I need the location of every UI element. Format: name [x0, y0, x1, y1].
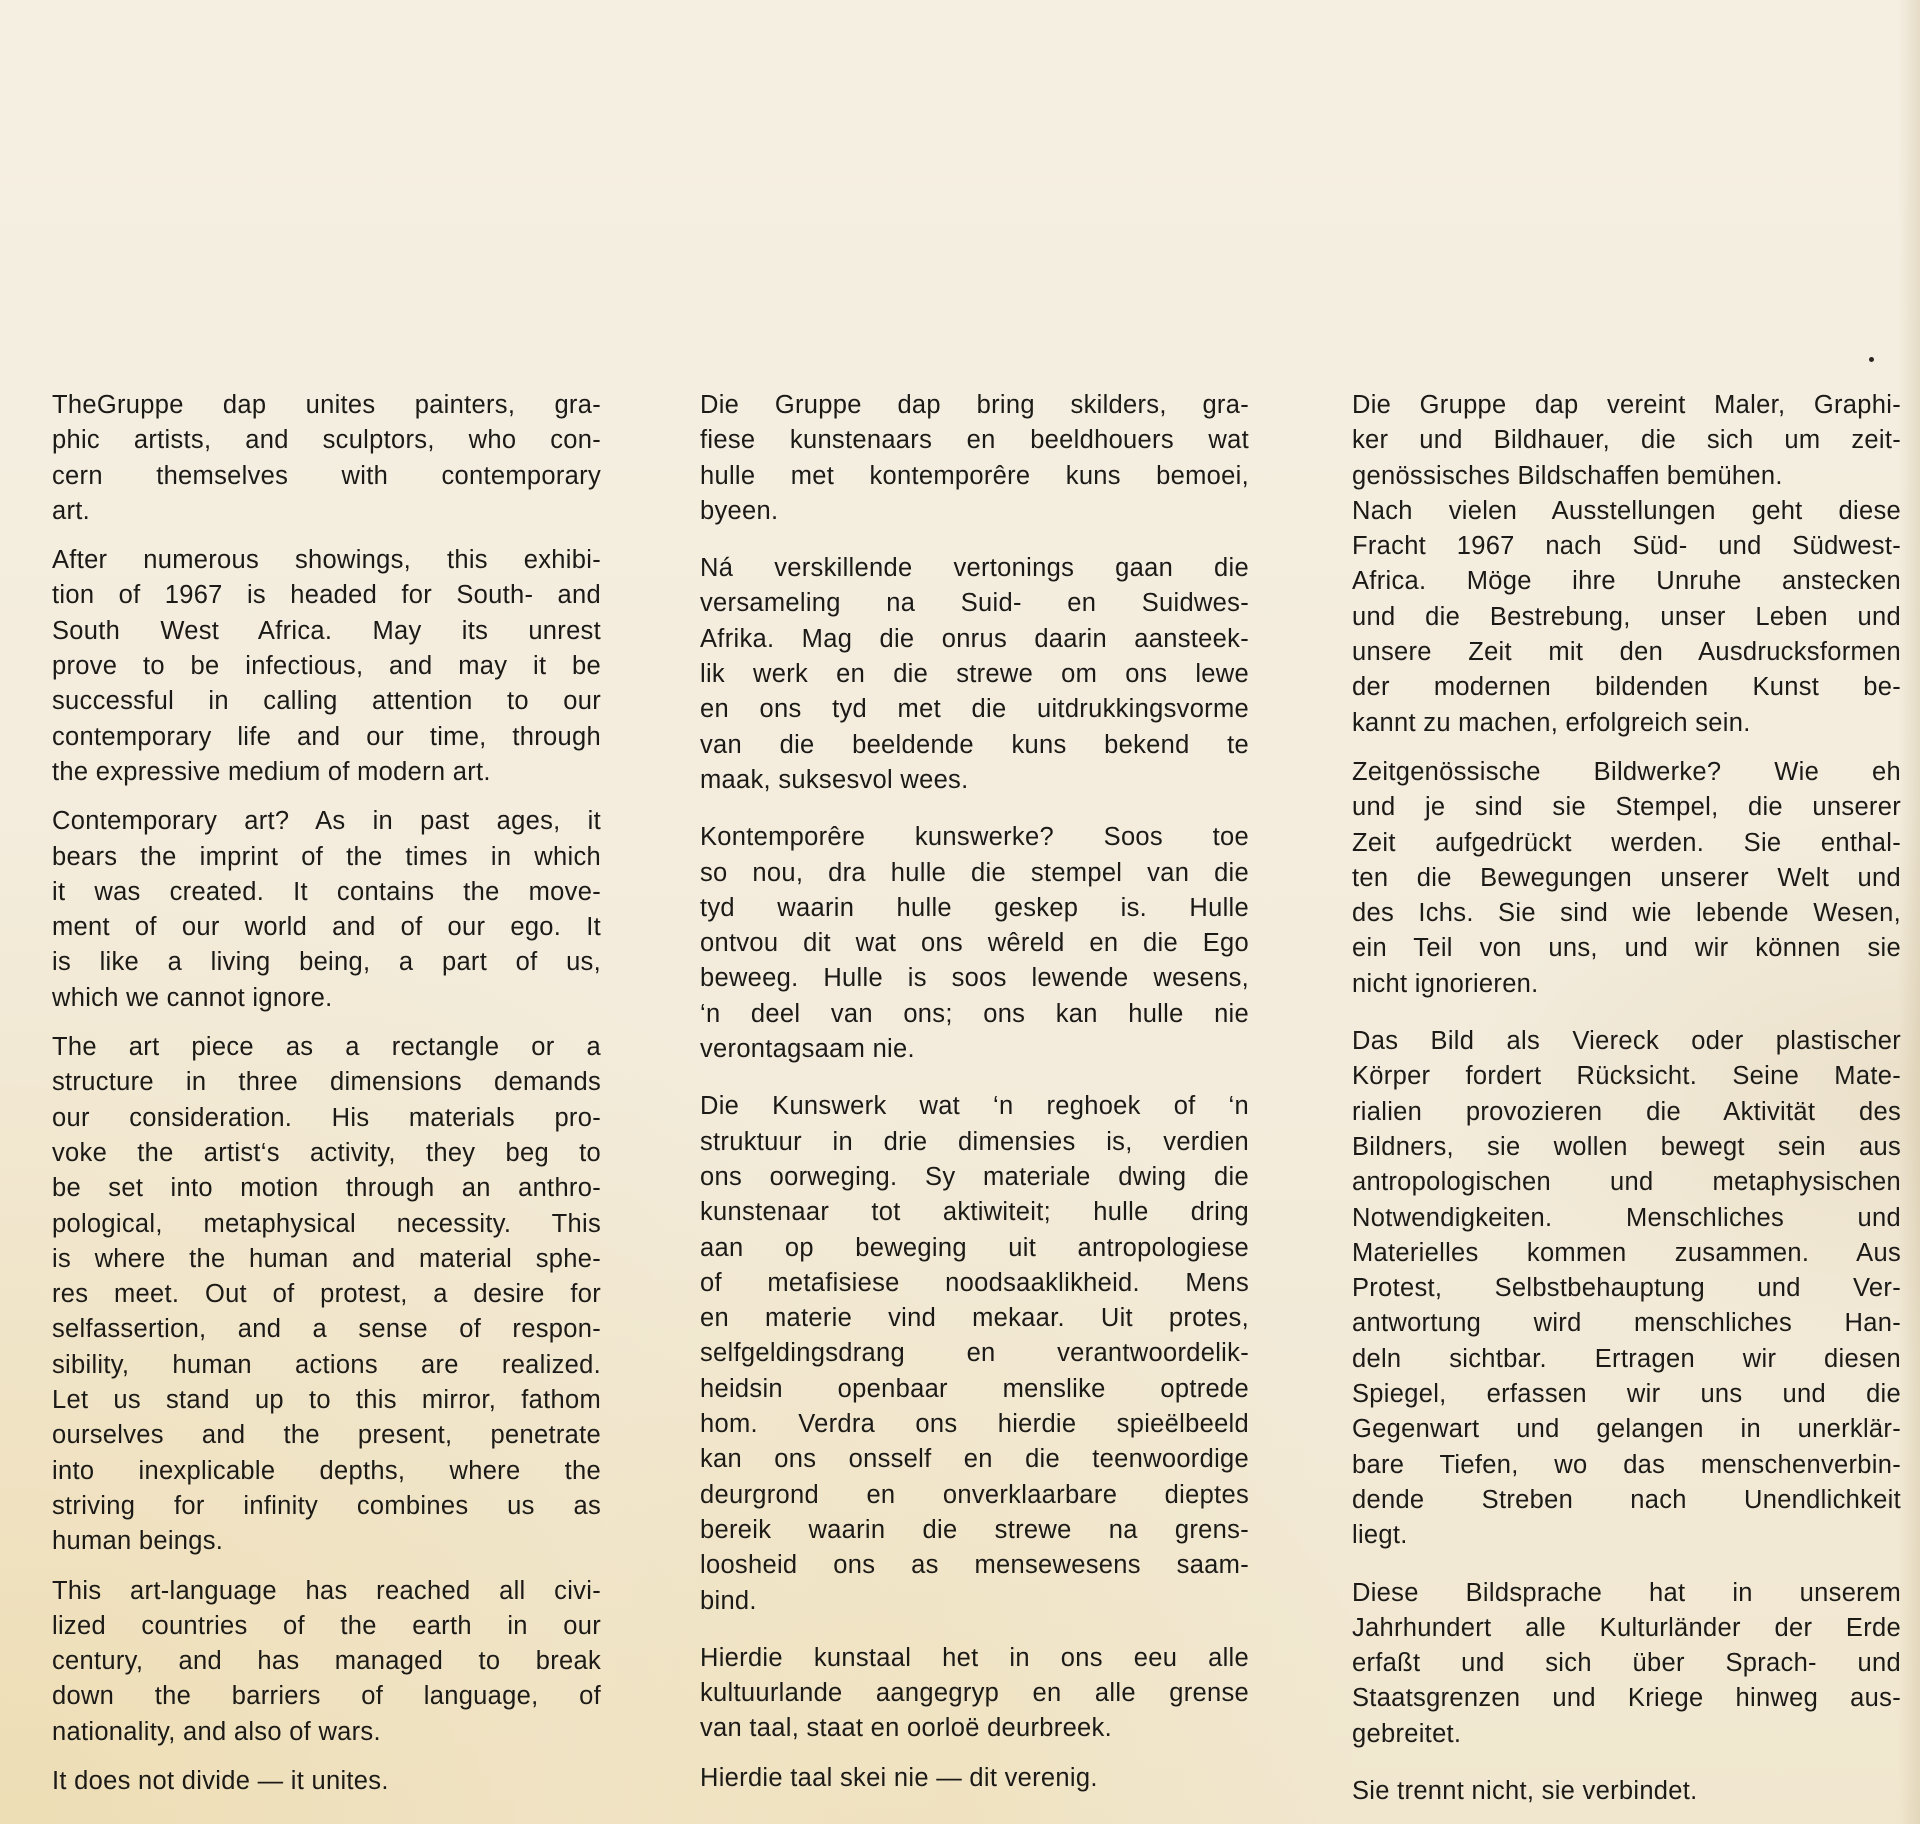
text-line: century, and has managed to break [52, 1644, 601, 1679]
text-line: Afrika. Mag die onrus daarin aansteek- [700, 622, 1249, 657]
text-line: Materielles kommen zusammen. Aus [1352, 1236, 1901, 1271]
text-line: It does not divide — it unites. [52, 1764, 601, 1799]
text-line: prove to be infectious, and may it be [52, 649, 601, 684]
text-line: Fracht 1967 nach Süd- und Südwest- [1352, 529, 1901, 564]
text-line: is like a living being, a part of us, [52, 945, 601, 980]
text-line: successful in calling attention to our [52, 684, 601, 719]
german-paragraph: Zeitgenössische Bildwerke? Wie ehund je … [1352, 755, 1901, 1002]
text-line: ontvou dit wat ons wêreld en die Ego [700, 926, 1249, 961]
text-line: tion of 1967 is headed for South- and [52, 578, 601, 613]
text-line: into inexplicable depths, where the [52, 1454, 601, 1489]
text-line: kannt zu machen, erfolgreich sein. [1352, 706, 1901, 741]
text-line: art. [52, 494, 601, 529]
text-line: und die Bestrebung, unser Leben und [1352, 600, 1901, 635]
text-line: versameling na Suid- en Suidwes- [700, 586, 1249, 621]
text-line: liegt. [1352, 1518, 1901, 1553]
text-line: Spiegel, erfassen wir uns und die [1352, 1377, 1901, 1412]
text-line: Zeit aufgedrückt werden. Sie enthal- [1352, 826, 1901, 861]
text-line: human beings. [52, 1524, 601, 1559]
english-paragraph: This art-language has reached all civi-l… [52, 1574, 601, 1750]
text-line: unsere Zeit mit den Ausdrucksformen [1352, 635, 1901, 670]
text-line: Gegenwart und gelangen in unerklär- [1352, 1412, 1901, 1447]
text-line: struktuur in drie dimensies is, verdien [700, 1125, 1249, 1160]
text-line: Protest, Selbstbehauptung und Ver- [1352, 1271, 1901, 1306]
text-line: en ons tyd met die uitdrukkingsvorme [700, 692, 1249, 727]
text-line: kultuurlande aangegryp en alle grense [700, 1676, 1249, 1711]
text-line: des Ichs. Sie sind wie lebende Wesen, [1352, 896, 1901, 931]
german-paragraph: Das Bild als Viereck oder plastischerKör… [1352, 1024, 1901, 1553]
afrikaans-column: Die Gruppe dap bring skilders, gra-fiese… [700, 388, 1249, 1810]
afrikaans-paragraph: Die Gruppe dap bring skilders, gra-fiese… [700, 388, 1249, 529]
text-line: verontagsaam nie. [700, 1032, 1249, 1067]
text-line: which we cannot ignore. [52, 981, 601, 1016]
text-line: This art-language has reached all civi- [52, 1574, 601, 1609]
english-paragraph: After numerous showings, this exhibi-tio… [52, 543, 601, 790]
text-line: rialien provozieren die Aktivität des [1352, 1095, 1901, 1130]
text-line: Die Gruppe dap bring skilders, gra- [700, 388, 1249, 423]
text-line: Africa. Möge ihre Unruhe anstecken [1352, 564, 1901, 599]
text-line: genössisches Bildschaffen bemühen. [1352, 459, 1901, 494]
text-line: nicht ignorieren. [1352, 967, 1901, 1002]
text-line: Let us stand up to this mirror, fathom [52, 1383, 601, 1418]
german-paragraph: Diese Bildsprache hat in unseremJahrhund… [1352, 1576, 1901, 1752]
text-line: hom. Verdra ons hierdie spieëlbeeld [700, 1407, 1249, 1442]
text-line: ‘n deel van ons; ons kan hulle nie [700, 997, 1249, 1032]
text-line: phic artists, and sculptors, who con- [52, 423, 601, 458]
english-paragraph: The art piece as a rectangle or astructu… [52, 1030, 601, 1559]
document-page: TheGruppe dap unites painters, gra-phic … [0, 0, 1920, 1824]
text-line: striving for infinity combines us as [52, 1489, 601, 1524]
text-line: hulle met kontemporêre kuns bemoei, [700, 459, 1249, 494]
text-line: fiese kunstenaars en beeldhouers wat [700, 423, 1249, 458]
text-line: Nach vielen Ausstellungen geht diese [1352, 494, 1901, 529]
text-line: selfassertion, and a sense of respon- [52, 1312, 601, 1347]
text-line: selfgeldingsdrang en verantwoordelik- [700, 1336, 1249, 1371]
text-line: kunstenaar tot aktiwiteit; hulle dring [700, 1195, 1249, 1230]
text-line: Die Kunswerk wat ‘n reghoek of ‘n [700, 1089, 1249, 1124]
german-column: Die Gruppe dap vereint Maler, Graphi-ker… [1352, 388, 1901, 1823]
text-line: lik werk en die strewe om ons lewe [700, 657, 1249, 692]
english-paragraph: TheGruppe dap unites painters, gra-phic … [52, 388, 601, 529]
text-line: van die beeldende kuns bekend te [700, 728, 1249, 763]
text-line: loosheid ons as mensewesens saam- [700, 1548, 1249, 1583]
text-line: Hierdie kunstaal het in ons eeu alle [700, 1641, 1249, 1676]
german-paragraph: Die Gruppe dap vereint Maler, Graphi-ker… [1352, 388, 1901, 494]
text-line: be set into motion through an anthro- [52, 1171, 601, 1206]
text-line: Körper fordert Rücksicht. Seine Mate- [1352, 1059, 1901, 1094]
text-line: bind. [700, 1584, 1249, 1619]
english-paragraph: It does not divide — it unites. [52, 1764, 601, 1799]
text-line: Die Gruppe dap vereint Maler, Graphi- [1352, 388, 1901, 423]
afrikaans-paragraph: Kontemporêre kunswerke? Soos toeso nou, … [700, 820, 1249, 1067]
german-paragraph: Nach vielen Ausstellungen geht dieseFrac… [1352, 494, 1901, 741]
text-line: ourselves and the present, penetrate [52, 1418, 601, 1453]
text-line: und je sind sie Stempel, die unserer [1352, 790, 1901, 825]
text-line: Kontemporêre kunswerke? Soos toe [700, 820, 1249, 855]
text-line: bears the imprint of the times in which [52, 840, 601, 875]
text-line: ein Teil von uns, und wir können sie [1352, 931, 1901, 966]
text-line: dende Streben nach Unendlichkeit [1352, 1483, 1901, 1518]
text-line: Bildners, sie wollen bewegt sein aus [1352, 1130, 1901, 1165]
afrikaans-paragraph: Die Kunswerk wat ‘n reghoek of ‘nstruktu… [700, 1089, 1249, 1618]
text-line: kan ons onsself en die teenwoordige [700, 1442, 1249, 1477]
print-speck [1869, 357, 1874, 362]
text-line: en materie vind mekaar. Uit protes, [700, 1301, 1249, 1336]
text-line: heidsin openbaar menslike optrede [700, 1372, 1249, 1407]
afrikaans-paragraph: Ná verskillende vertonings gaan dieversa… [700, 551, 1249, 798]
text-line: it was created. It contains the move- [52, 875, 601, 910]
text-line: nationality, and also of wars. [52, 1715, 601, 1750]
text-line: aan op beweging uit antropologiese [700, 1231, 1249, 1266]
text-line: our consideration. His materials pro- [52, 1101, 601, 1136]
text-line: res meet. Out of protest, a desire for [52, 1277, 601, 1312]
text-line: Notwendigkeiten. Menschliches und [1352, 1201, 1901, 1236]
text-line: Jahrhundert alle Kulturländer der Erde [1352, 1611, 1901, 1646]
text-line: voke the artist‘s activity, they beg to [52, 1136, 601, 1171]
text-line: ker und Bildhauer, die sich um zeit- [1352, 423, 1901, 458]
text-line: contemporary life and our time, through [52, 720, 601, 755]
text-line: South West Africa. May its unrest [52, 614, 601, 649]
text-line: Diese Bildsprache hat in unserem [1352, 1576, 1901, 1611]
text-line: deurgrond en onverklaarbare dieptes [700, 1478, 1249, 1513]
text-line: maak, suksesvol wees. [700, 763, 1249, 798]
text-line: After numerous showings, this exhibi- [52, 543, 601, 578]
text-line: der modernen bildenden Kunst be- [1352, 670, 1901, 705]
text-line: down the barriers of language, of [52, 1679, 601, 1714]
text-line: tyd waarin hulle geskep is. Hulle [700, 891, 1249, 926]
afrikaans-paragraph: Hierdie kunstaal het in ons eeu allekult… [700, 1641, 1249, 1747]
text-line: Zeitgenössische Bildwerke? Wie eh [1352, 755, 1901, 790]
text-line: structure in three dimensions demands [52, 1065, 601, 1100]
text-line: ten die Bewegungen unserer Welt und [1352, 861, 1901, 896]
text-line: antwortung wird menschliches Han- [1352, 1306, 1901, 1341]
text-line: gebreitet. [1352, 1717, 1901, 1752]
text-line: antropologischen und metaphysischen [1352, 1165, 1901, 1200]
text-line: The art piece as a rectangle or a [52, 1030, 601, 1065]
page-edge-shadow [1898, 0, 1920, 1824]
text-line: erfaßt und sich über Sprach- und [1352, 1646, 1901, 1681]
text-line: van taal, staat en oorloë deurbreek. [700, 1711, 1249, 1746]
text-line: pological, metaphysical necessity. This [52, 1207, 601, 1242]
text-line: is where the human and material sphe- [52, 1242, 601, 1277]
text-line: Staatsgrenzen und Kriege hinweg aus- [1352, 1681, 1901, 1716]
text-line: ment of our world and of our ego. It [52, 910, 601, 945]
afrikaans-paragraph: Hierdie taal skei nie — dit verenig. [700, 1761, 1249, 1796]
text-line: Contemporary art? As in past ages, it [52, 804, 601, 839]
text-line: cern themselves with contemporary [52, 459, 601, 494]
english-paragraph: Contemporary art? As in past ages, itbea… [52, 804, 601, 1016]
text-line: Ná verskillende vertonings gaan die [700, 551, 1249, 586]
text-line: TheGruppe dap unites painters, gra- [52, 388, 601, 423]
text-line: sibility, human actions are realized. [52, 1348, 601, 1383]
english-column: TheGruppe dap unites painters, gra-phic … [52, 388, 601, 1813]
text-line: so nou, dra hulle die stempel van die [700, 856, 1249, 891]
text-line: bare Tiefen, wo das menschenverbin- [1352, 1448, 1901, 1483]
text-line: Das Bild als Viereck oder plastischer [1352, 1024, 1901, 1059]
text-line: ons oorweging. Sy materiale dwing die [700, 1160, 1249, 1195]
text-line: byeen. [700, 494, 1249, 529]
text-line: the expressive medium of modern art. [52, 755, 601, 790]
german-paragraph: Sie trennt nicht, sie verbindet. [1352, 1774, 1901, 1809]
text-line: Sie trennt nicht, sie verbindet. [1352, 1774, 1901, 1809]
text-line: Hierdie taal skei nie — dit verenig. [700, 1761, 1249, 1796]
text-line: of metafisiese noodsaaklikheid. Mens [700, 1266, 1249, 1301]
text-line: beweeg. Hulle is soos lewende wesens, [700, 961, 1249, 996]
text-line: bereik waarin die strewe na grens- [700, 1513, 1249, 1548]
text-line: deln sichtbar. Ertragen wir diesen [1352, 1342, 1901, 1377]
text-line: lized countries of the earth in our [52, 1609, 601, 1644]
